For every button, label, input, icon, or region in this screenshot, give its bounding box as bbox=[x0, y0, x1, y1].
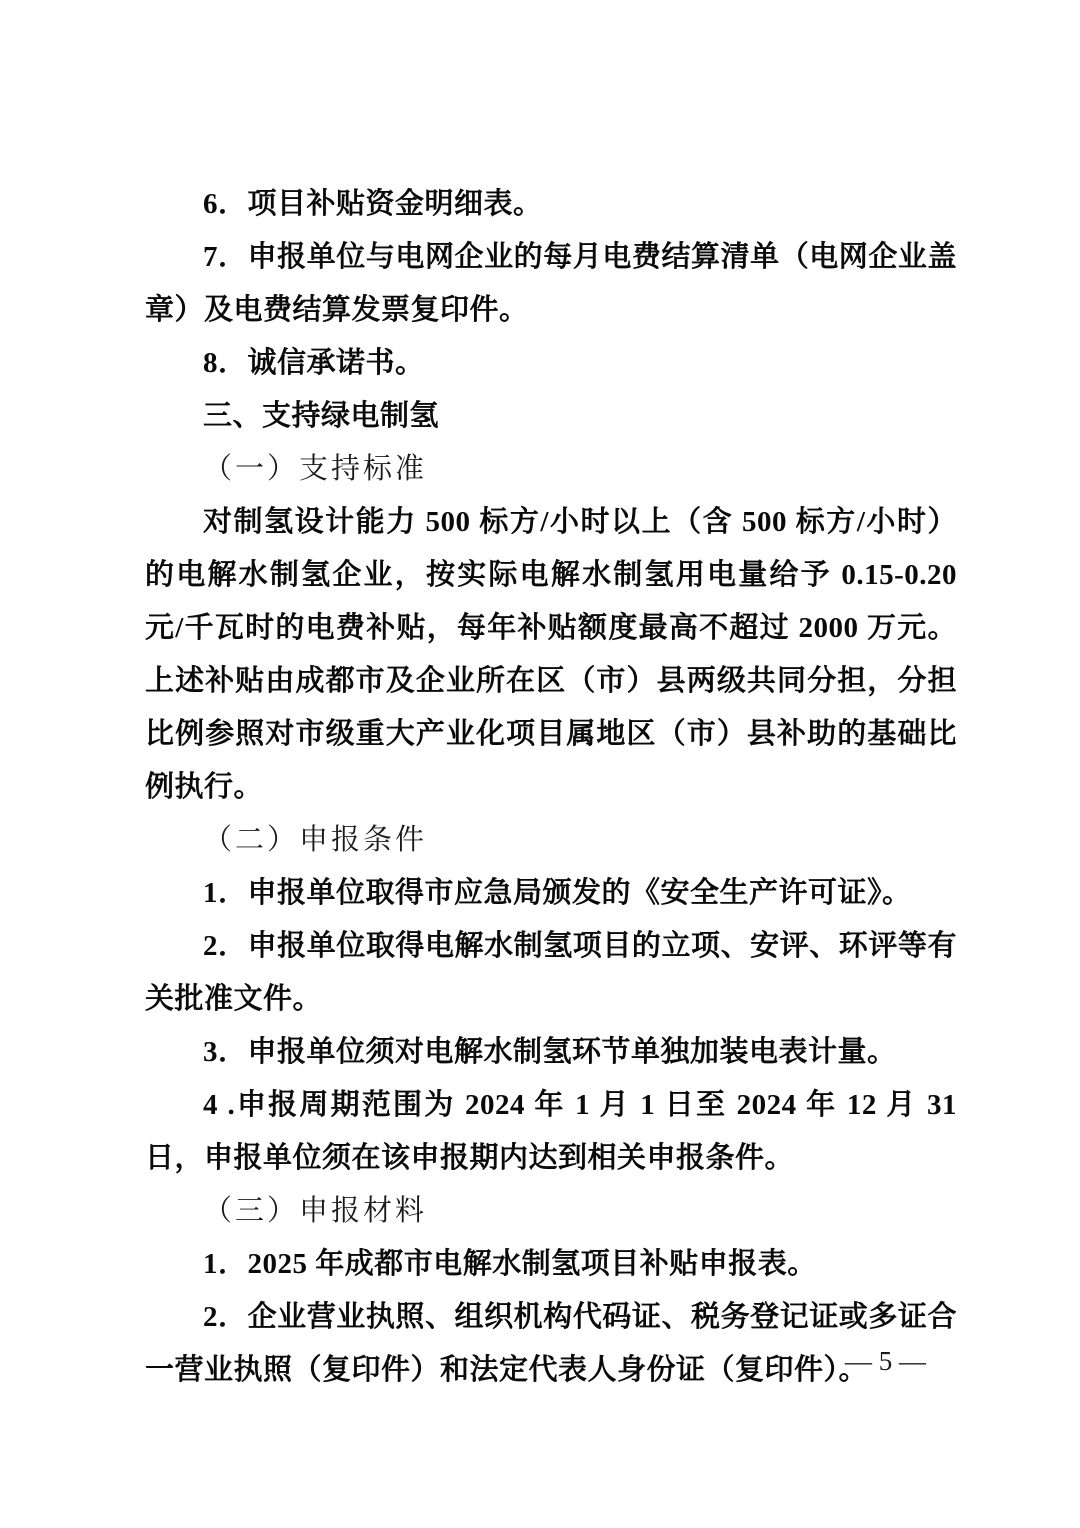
condition-item-3: 3．申报单位须对电解水制氢环节单独加装电表计量。 bbox=[145, 1026, 957, 1079]
page-number: — 5 — bbox=[845, 1344, 965, 1378]
condition-item-1: 1．申报单位取得市应急局颁发的《安全生产许可证》。 bbox=[145, 867, 957, 920]
paragraph-support-standard-detail: 对制氢设计能力 500 标方/小时以上（含 500 标方/小时）的电解水制氢企业… bbox=[145, 496, 957, 814]
subsection-heading-application-conditions: （二）申报条件 bbox=[145, 814, 957, 867]
condition-item-4: 4 .申报周期范围为 2024 年 1 月 1 日至 2024 年 12 月 3… bbox=[145, 1079, 957, 1185]
subsection-heading-application-materials: （三）申报材料 bbox=[145, 1185, 957, 1238]
section-heading-green-hydrogen: 三、支持绿电制氢 bbox=[145, 390, 957, 443]
condition-item-2: 2．申报单位取得电解水制氢项目的立项、安评、环评等有关批准文件。 bbox=[145, 920, 957, 1026]
list-item-6: 6．项目补贴资金明细表。 bbox=[145, 178, 957, 231]
list-item-8: 8．诚信承诺书。 bbox=[145, 337, 957, 390]
material-item-2: 2．企业营业执照、组织机构代码证、税务登记证或多证合一营业执照（复印件）和法定代… bbox=[145, 1291, 957, 1397]
material-item-1: 1．2025 年成都市电解水制氢项目补贴申报表。 bbox=[145, 1238, 957, 1291]
list-item-7: 7．申报单位与电网企业的每月电费结算清单（电网企业盖章）及电费结算发票复印件。 bbox=[145, 231, 957, 337]
document-body: 6．项目补贴资金明细表。 7．申报单位与电网企业的每月电费结算清单（电网企业盖章… bbox=[145, 178, 957, 1397]
subsection-heading-support-standard: （一）支持标准 bbox=[145, 443, 957, 496]
document-page: 6．项目补贴资金明细表。 7．申报单位与电网企业的每月电费结算清单（电网企业盖章… bbox=[0, 0, 1080, 1528]
